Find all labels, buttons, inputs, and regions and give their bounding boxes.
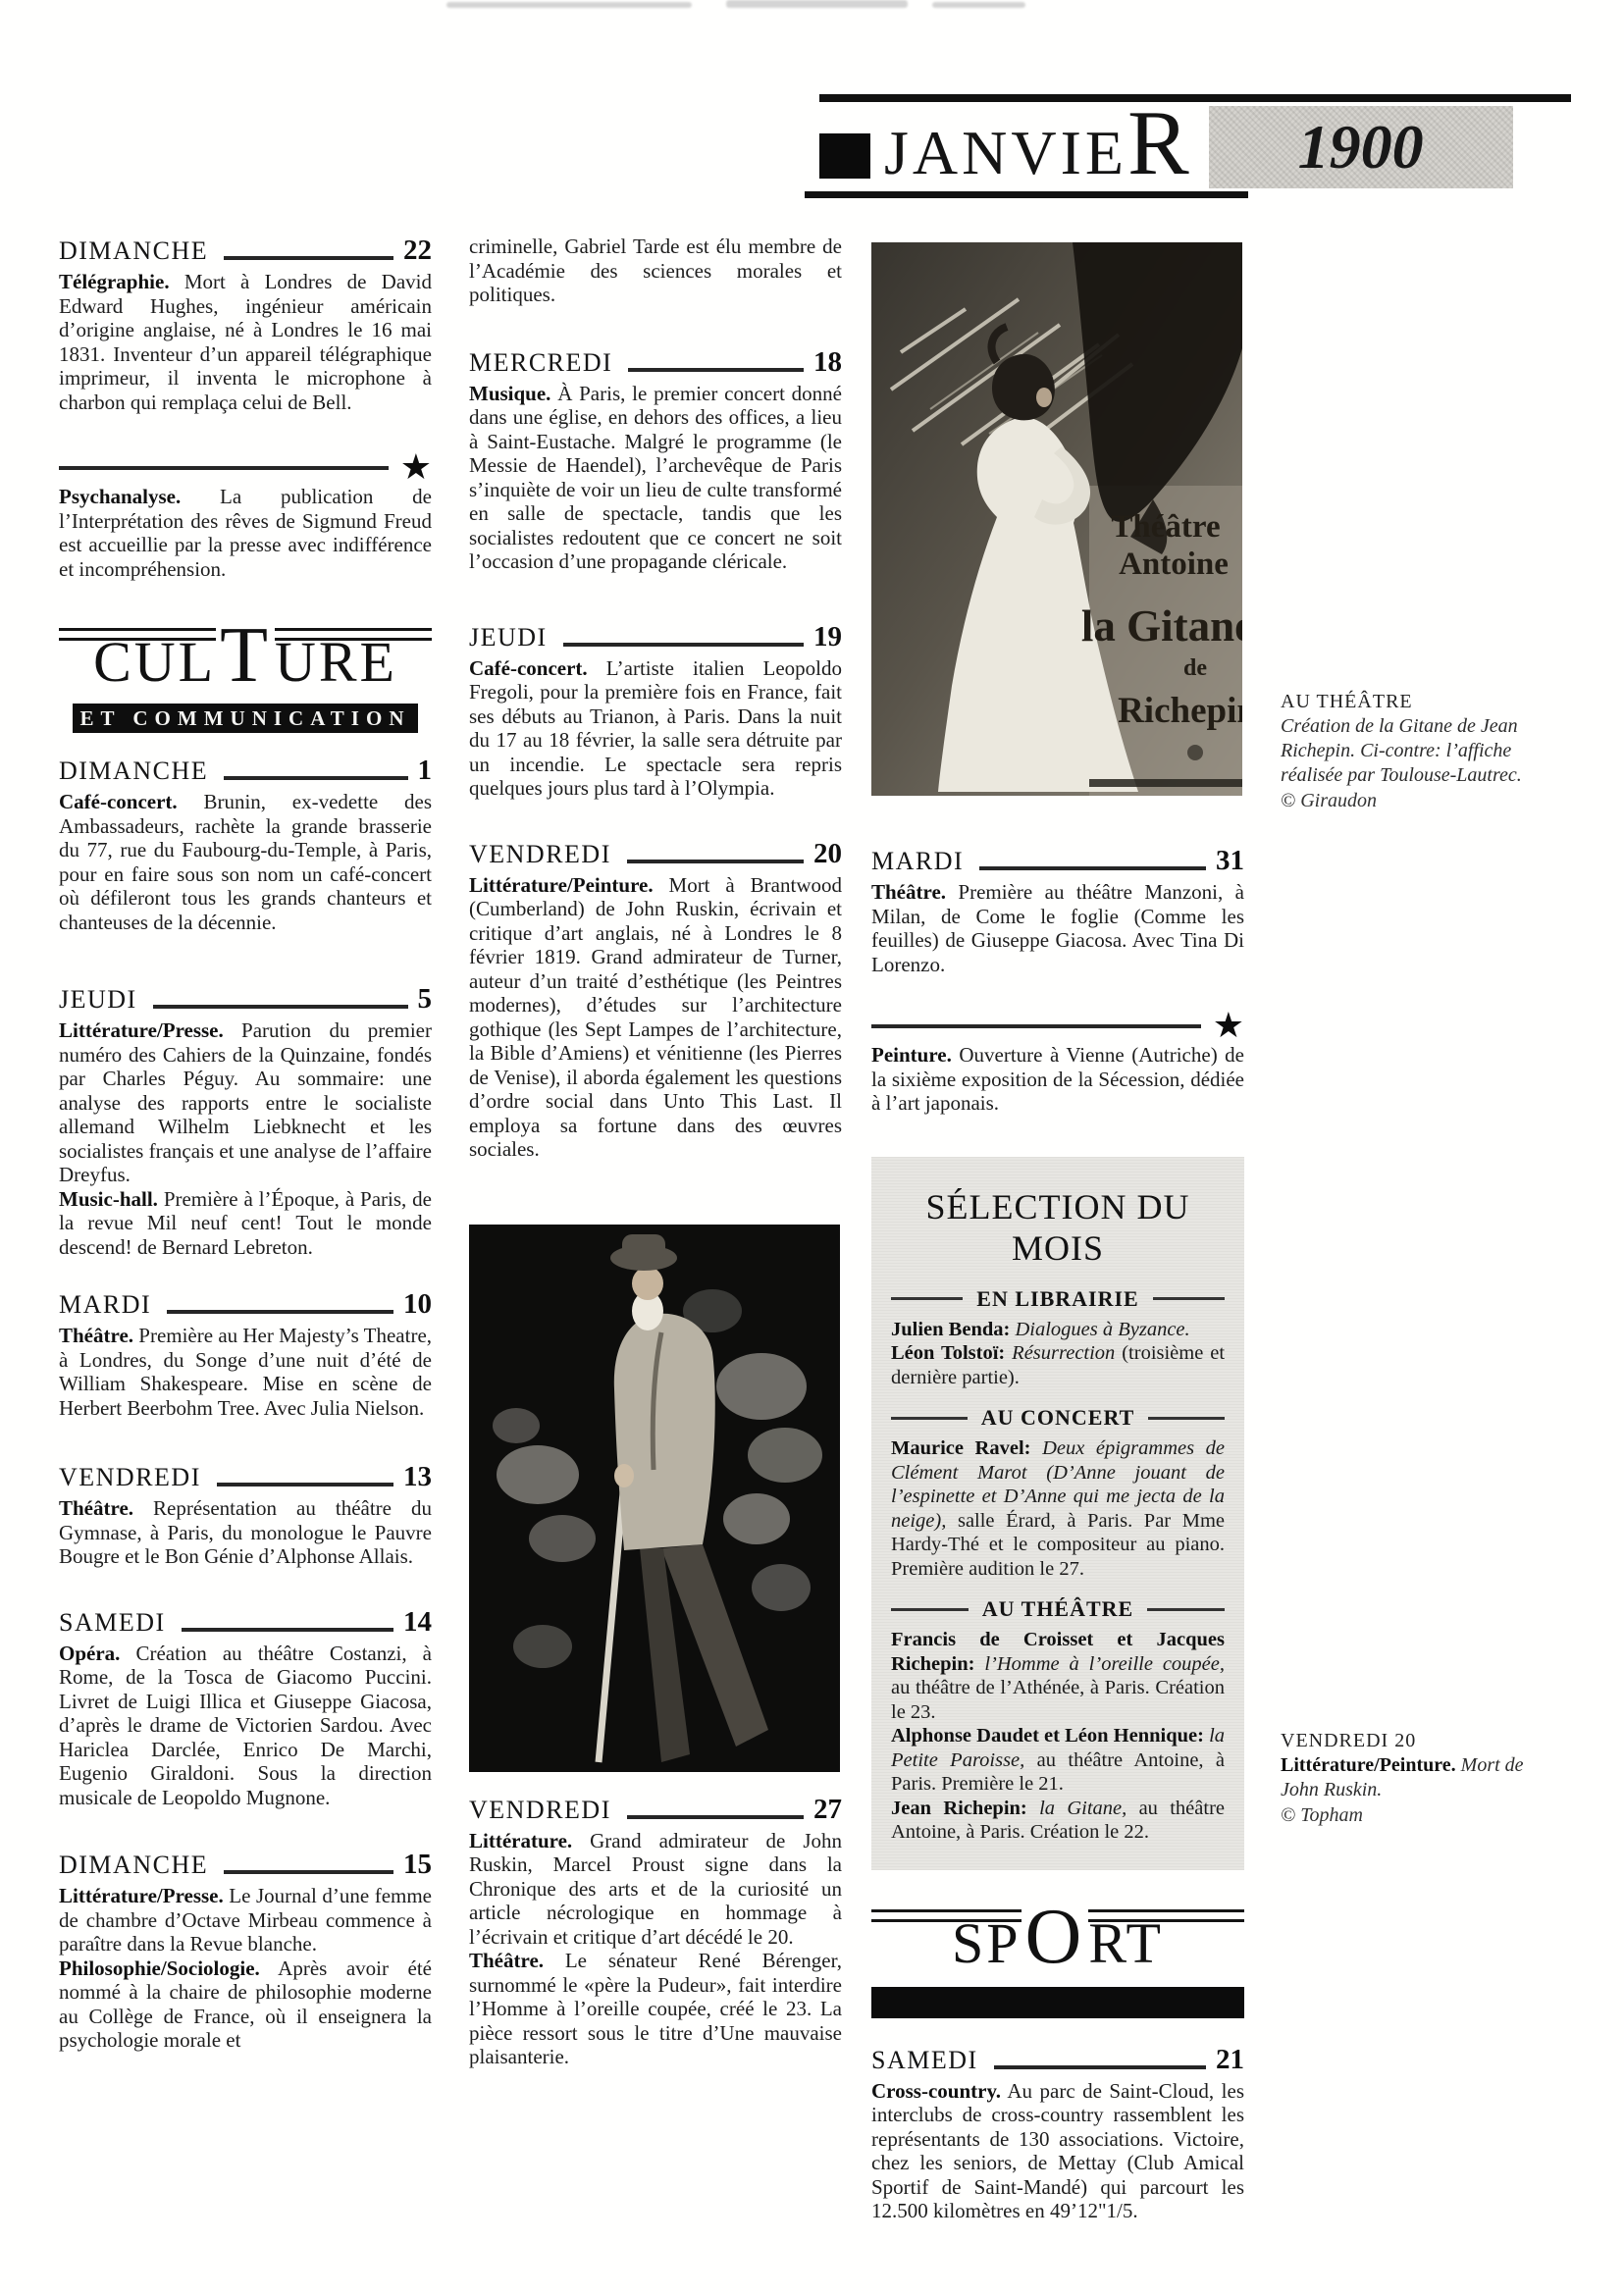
- month-big-letter: R: [1127, 108, 1189, 179]
- day-rule: [224, 256, 393, 260]
- caption-body: Littérature/Peinture. Mort de John Ruski…: [1281, 1753, 1538, 1802]
- scan-artifact: [932, 2, 1025, 8]
- entry-star-peinture: ★ Peinture. Ouverture à Vienne (Autriche…: [871, 1016, 1244, 1116]
- day-label: MARDI: [59, 1290, 151, 1320]
- sport-black-bar: [871, 1987, 1244, 2018]
- la-gitane-poster: Théâtre Antoine la Gitane de Richepin: [871, 242, 1242, 796]
- day-header: JEUDI 5: [59, 983, 432, 1016]
- entry-lead: Littérature.: [469, 1829, 572, 1852]
- day-number: 18: [813, 346, 842, 379]
- item-rest: au théâtre de l’Athénée, à Paris. Créati…: [891, 1677, 1225, 1723]
- entry-mardi-31: MARDI 31 Théâtre. Première au théâtre Ma…: [871, 845, 1244, 976]
- day-rule: [627, 1815, 804, 1819]
- rule: [891, 1417, 968, 1420]
- day-rule: [994, 2065, 1206, 2069]
- entry-text: Peinture. Ouverture à Vienne (Autriche) …: [871, 1043, 1244, 1116]
- selection-item: Léon Tolstoï: Résurrection (troisième et…: [891, 1341, 1225, 1389]
- entry-body: Création au théâtre Costanzi, à Rome, de…: [59, 1642, 432, 1809]
- item-author: Alphonse Daudet et Léon Hennique:: [891, 1725, 1204, 1747]
- day-rule: [153, 1005, 408, 1009]
- entry-text: Cross-country. Au parc de Saint-Cloud, l…: [871, 2079, 1244, 2223]
- day-label: VENDREDI: [469, 840, 611, 869]
- poster-line-la-gitane: la Gitane: [1081, 601, 1242, 651]
- culture-subtitle: ET COMMUNICATION: [80, 706, 411, 730]
- day-header: SAMEDI 21: [871, 2044, 1244, 2076]
- day-number: 1: [418, 755, 433, 787]
- subheader-label: EN LIBRAIRIE: [976, 1286, 1138, 1312]
- caption-body: Création de la Gitane de Jean Richepin. …: [1281, 714, 1538, 788]
- entry-dimanche-1: DIMANCHE 1 Café-concert. Brunin, ex-vede…: [59, 755, 432, 934]
- selection-item: Alphonse Daudet et Léon Hennique: la Pet…: [891, 1724, 1225, 1797]
- entry-lead: Télégraphie.: [59, 270, 170, 293]
- entry-lead: Théâtre.: [469, 1949, 544, 1972]
- entry-text: Littérature/Presse. Le Journal d’une fem…: [59, 1884, 432, 1956]
- entry-mercredi-18: MERCREDI 18 Musique. À Paris, le premier…: [469, 346, 842, 574]
- entry-lead: Peinture.: [871, 1043, 952, 1067]
- scan-artifact: [446, 2, 692, 8]
- day-label: MARDI: [871, 847, 964, 876]
- entry-lead: Théâtre.: [59, 1324, 133, 1347]
- day-label: SAMEDI: [59, 1608, 166, 1638]
- entry-body: À Paris, le premier concert donné dans u…: [469, 382, 842, 574]
- day-rule: [979, 866, 1206, 870]
- item-author: Jean Richepin:: [891, 1798, 1027, 1819]
- day-number: 22: [403, 235, 432, 267]
- entry-vendredi-20: VENDREDI 20 Littérature/Peinture. Mort à…: [469, 838, 842, 1162]
- day-number: 31: [1216, 845, 1244, 877]
- day-label: SAMEDI: [871, 2046, 978, 2075]
- continuation-text: criminelle, Gabriel Tarde est élu membre…: [469, 235, 842, 307]
- entry-lead: Littérature/Presse.: [59, 1018, 224, 1042]
- poster-line-antoine: Antoine: [1119, 547, 1229, 582]
- selection-title: SÉLECTION DU MOIS: [891, 1186, 1225, 1269]
- item-author: Léon Tolstoï:: [891, 1342, 1005, 1364]
- day-number: 13: [403, 1461, 432, 1493]
- culture-big-letter: T: [216, 612, 275, 699]
- day-header: DIMANCHE 15: [59, 1849, 432, 1881]
- day-rule: [628, 368, 804, 372]
- month-title: JANVIER: [884, 108, 1189, 188]
- caption-title: AU THÉÂTRE: [1281, 690, 1538, 714]
- day-label: DIMANCHE: [59, 1851, 208, 1880]
- day-header: MARDI 31: [871, 845, 1244, 877]
- day-number: 14: [403, 1606, 432, 1639]
- culture-subtitle-bar: ET COMMUNICATION: [73, 704, 418, 733]
- entry-lead: Cross-country.: [871, 2079, 1001, 2103]
- selection-subheader-concert: AU CONCERT: [891, 1405, 1225, 1431]
- rule: [891, 1297, 963, 1300]
- entry-samedi-21: SAMEDI 21 Cross-country. Au parc de Sain…: [871, 2044, 1244, 2223]
- star-icon: ★: [1213, 1016, 1244, 1037]
- day-header: VENDREDI 27: [469, 1794, 842, 1826]
- selection-du-mois-box: SÉLECTION DU MOIS EN LIBRAIRIE Julien Be…: [871, 1157, 1244, 1870]
- entry-text: Littérature. Grand admirateur de John Ru…: [469, 1829, 842, 1950]
- caption-credit: © Topham: [1281, 1803, 1538, 1828]
- selection-item: Jean Richepin: la Gitane, au théâtre Ant…: [891, 1797, 1225, 1845]
- day-number: 5: [418, 983, 433, 1016]
- sport-section-header: SPORT: [871, 1898, 1244, 2018]
- entry-text: Opéra. Création au théâtre Costanzi, à R…: [59, 1642, 432, 1810]
- entry-lead: Music-hall.: [59, 1187, 158, 1211]
- entry-text: Théâtre. Représentation au théâtre du Gy…: [59, 1496, 432, 1569]
- entry-star-psychanalyse: ★ Psychanalyse. La publication de l’Inte…: [59, 457, 432, 581]
- day-rule: [627, 860, 804, 863]
- day-rule: [224, 776, 407, 780]
- poster-line-richepin: Richepin: [1118, 691, 1242, 731]
- day-header: VENDREDI 13: [59, 1461, 432, 1493]
- entry-text: Télégraphie. Mort à Londres de David Edw…: [59, 270, 432, 414]
- subheader-label: AU CONCERT: [981, 1405, 1135, 1431]
- entry-lead: Théâtre.: [59, 1496, 133, 1520]
- day-number: 27: [813, 1794, 842, 1826]
- caption-lead: Littérature/Peinture.: [1281, 1754, 1456, 1776]
- day-number: 21: [1216, 2044, 1244, 2076]
- entry-vendredi-13: VENDREDI 13 Théâtre. Représentation au t…: [59, 1461, 432, 1569]
- column-right: Théâtre Antoine la Gitane de Richepin MA…: [871, 221, 1244, 2223]
- rule: [1148, 1417, 1225, 1420]
- item-author: Julien Benda:: [891, 1319, 1010, 1340]
- entry-jeudi-19: JEUDI 19 Café-concert. L’artiste italien…: [469, 621, 842, 801]
- selection-item: Francis de Croisset et Jacques Richepin:…: [891, 1628, 1225, 1724]
- entry-body: Mort à Brantwood (Cumberland) de John Ru…: [469, 873, 842, 1162]
- day-label: DIMANCHE: [59, 756, 208, 786]
- selection-subheader-theatre: AU THÉÂTRE: [891, 1596, 1225, 1622]
- entry-lead: Littérature/Peinture.: [469, 873, 654, 897]
- day-header: DIMANCHE 1: [59, 755, 432, 787]
- entry-text: Théâtre. Le sénateur René Bérenger, surn…: [469, 1949, 842, 2069]
- day-header: SAMEDI 14: [59, 1606, 432, 1639]
- item-title: l’Homme à l’oreille coupée,: [984, 1653, 1225, 1675]
- entry-lead: Café-concert.: [469, 656, 588, 680]
- caption-credit: © Giraudon: [1281, 789, 1538, 813]
- scan-artifact: [726, 0, 908, 8]
- item-author: Maurice Ravel:: [891, 1437, 1030, 1459]
- day-label: MERCREDI: [469, 348, 612, 378]
- rule: [871, 1024, 1201, 1028]
- entry-mardi-10: MARDI 10 Théâtre. Première au Her Majest…: [59, 1288, 432, 1420]
- caption-ruskin: VENDREDI 20 Littérature/Peinture. Mort d…: [1281, 1729, 1538, 1828]
- day-label: JEUDI: [469, 623, 548, 652]
- year-box: 1900: [1209, 106, 1513, 188]
- john-ruskin-photo: [469, 1225, 840, 1772]
- culture-title: CULTURE: [93, 616, 397, 702]
- caption-poster: AU THÉÂTRE Création de la Gitane de Jean…: [1281, 690, 1538, 813]
- day-rule: [182, 1628, 393, 1632]
- star-rule: ★: [59, 457, 432, 479]
- rule: [1147, 1608, 1225, 1611]
- entry-text: Théâtre. Première au Her Majesty’s Theat…: [59, 1324, 432, 1420]
- masthead: JANVIER 1900: [819, 94, 1571, 198]
- entry-dimanche-22: DIMANCHE 22 Télégraphie. Mort à Londres …: [59, 235, 432, 414]
- masthead-square-icon: [819, 133, 870, 179]
- day-label: DIMANCHE: [59, 236, 208, 266]
- almanac-page: JANVIER 1900 DIMANCHE 22 Télégraphie. Mo…: [0, 0, 1624, 2295]
- day-header: VENDREDI 20: [469, 838, 842, 870]
- subheader-label: AU THÉÂTRE: [982, 1596, 1133, 1622]
- poster-line-theatre: Théâtre: [1111, 509, 1220, 545]
- entry-text: Café-concert. L’artiste italien Leopoldo…: [469, 656, 842, 801]
- sport-big-letter: O: [1022, 1894, 1089, 1980]
- entry-samedi-14: SAMEDI 14 Opéra. Création au théâtre Cos…: [59, 1606, 432, 1810]
- entry-body: Parution du premier numéro des Cahiers d…: [59, 1018, 432, 1186]
- culture-title-part: URE: [275, 630, 397, 694]
- day-header: MERCREDI 18: [469, 346, 842, 379]
- entry-dimanche-15: DIMANCHE 15 Littérature/Presse. Le Journ…: [59, 1849, 432, 2053]
- rule: [59, 466, 389, 470]
- entry-jeudi-5: JEUDI 5 Littérature/Presse. Parution du …: [59, 983, 432, 1259]
- entry-lead: Musique.: [469, 382, 550, 405]
- sport-title: SPORT: [952, 1898, 1164, 1983]
- entry-text: Music-hall. Première à l’Époque, à Paris…: [59, 1187, 432, 1260]
- column-left: DIMANCHE 22 Télégraphie. Mort à Londres …: [59, 221, 432, 2053]
- day-rule: [167, 1310, 393, 1314]
- entry-text: Musique. À Paris, le premier concert don…: [469, 382, 842, 574]
- entry-text: Littérature/Presse. Parution du premier …: [59, 1018, 432, 1187]
- culture-section-header: CULTURE ET COMMUNICATION: [59, 616, 432, 733]
- item-title: la Gitane,: [1039, 1798, 1126, 1819]
- day-header: MARDI 10: [59, 1288, 432, 1321]
- column-middle: criminelle, Gabriel Tarde est élu membre…: [469, 221, 842, 2069]
- day-rule: [217, 1483, 393, 1487]
- masthead-top-rule: [819, 94, 1571, 102]
- day-rule: [224, 1870, 393, 1874]
- sport-title-part: SP: [952, 1911, 1022, 1975]
- day-number: 15: [403, 1849, 432, 1881]
- day-number: 19: [813, 621, 842, 653]
- star-rule: ★: [871, 1016, 1244, 1037]
- entry-lead: Littérature/Presse.: [59, 1884, 224, 1907]
- entry-lead: Café-concert.: [59, 790, 178, 813]
- entry-vendredi-27: VENDREDI 27 Littérature. Grand admirateu…: [469, 1794, 842, 2069]
- day-header: DIMANCHE 22: [59, 235, 432, 267]
- star-icon: ★: [400, 457, 432, 479]
- rule: [891, 1608, 969, 1611]
- entry-lead: Psychanalyse.: [59, 485, 181, 508]
- entry-text: Théâtre. Première au théâtre Manzoni, à …: [871, 880, 1244, 976]
- caption-title: VENDREDI 20: [1281, 1729, 1538, 1753]
- selection-item: Julien Benda: Dialogues à Byzance.: [891, 1318, 1225, 1342]
- year-label: 1900: [1298, 111, 1424, 183]
- day-number: 20: [813, 838, 842, 870]
- entry-text: Littérature/Peinture. Mort à Brantwood (…: [469, 873, 842, 1162]
- day-rule: [563, 643, 804, 647]
- day-header: JEUDI 19: [469, 621, 842, 653]
- day-label: VENDREDI: [469, 1796, 611, 1825]
- entry-text: Café-concert. Brunin, ex-vedette des Amb…: [59, 790, 432, 934]
- entry-lead: Théâtre.: [871, 880, 946, 904]
- entry-text: Psychanalyse. La publication de l’Interp…: [59, 485, 432, 581]
- sport-title-part: RT: [1088, 1911, 1164, 1975]
- month-text: JANVIE: [884, 118, 1127, 188]
- item-title: Résurrection: [1012, 1342, 1115, 1364]
- selection-subheader-librairie: EN LIBRAIRIE: [891, 1286, 1225, 1312]
- day-number: 10: [403, 1288, 432, 1321]
- culture-title-part: CUL: [93, 630, 216, 694]
- entry-text: Philosophie/Sociologie. Après avoir été …: [59, 1956, 432, 2053]
- item-title: Dialogues à Byzance.: [1015, 1319, 1189, 1340]
- day-label: VENDREDI: [59, 1463, 201, 1492]
- rule: [1153, 1297, 1225, 1300]
- entry-lead: Opéra.: [59, 1642, 120, 1665]
- entry-lead: Philosophie/Sociologie.: [59, 1956, 260, 1980]
- poster-line-de: de: [1183, 655, 1207, 681]
- day-label: JEUDI: [59, 985, 137, 1015]
- selection-item: Maurice Ravel: Deux épigrammes de Clémen…: [891, 1436, 1225, 1581]
